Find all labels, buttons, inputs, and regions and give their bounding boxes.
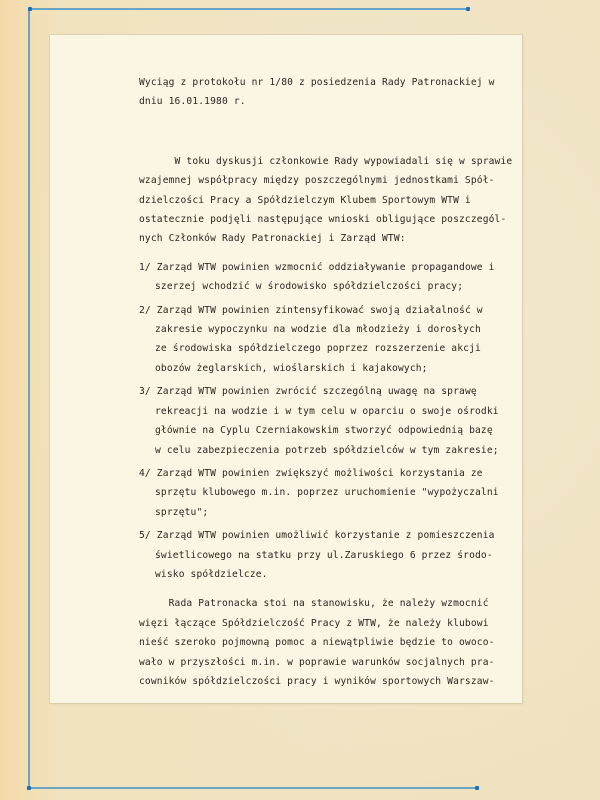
- resolution-line: głównie na Cyplu Czerniakowskim stworzyć…: [139, 421, 519, 440]
- paragraph-line: nych Członków Rady Patronackiej i Zarząd…: [139, 229, 519, 248]
- document-body: Wyciąg z protokołu nr 1/80 z posiedzenia…: [139, 73, 519, 691]
- paragraph-line: ostatecznie podjęli następujące wnioski …: [139, 210, 519, 229]
- resolution-line: rekreacji na wodzie i w tym celu w oparc…: [139, 402, 519, 421]
- blue-corner-bottom-right: [475, 786, 479, 790]
- resolution-number: 2/: [139, 305, 151, 316]
- paragraph-line: W toku dyskusji członkowie Rady wypowiad…: [139, 152, 519, 171]
- resolution-line: Zarząd WTW powinien wzmocnić oddziaływan…: [157, 262, 495, 273]
- blue-corner-top-right: [466, 7, 470, 11]
- resolution-item-1: 1/ Zarząd WTW powinien wzmocnić oddziały…: [139, 258, 519, 297]
- spacer: [139, 132, 519, 152]
- closing-paragraph: Rada Patronacka stoi na stanowisku, że n…: [139, 594, 519, 691]
- resolution-line: Zarząd WTW powinien zwiększyć możliwości…: [157, 468, 483, 479]
- blue-corner-bottom-left: [27, 786, 31, 790]
- paragraph-line: dzielczości Pracy a Spółdzielczym Klubem…: [139, 191, 519, 210]
- paragraph-line: wzajemnej współpracy między poszczególny…: [139, 171, 519, 190]
- blue-border-left: [28, 8, 30, 789]
- resolution-line: Zarząd WTW powinien umożliwić korzystani…: [157, 530, 495, 541]
- resolution-line: zakresie wypoczynku na wodzie dla młodzi…: [139, 320, 519, 339]
- resolution-line: świetlicowego na statku przy ul.Zaruskie…: [139, 546, 519, 565]
- heading-line: dniu 16.01.1980 r.: [139, 92, 519, 111]
- resolution-item-4: 4/ Zarząd WTW powinien zwiększyć możliwo…: [139, 464, 519, 522]
- paragraph-line: więzi łączące Spółdzielczość Pracy z WTW…: [139, 614, 519, 633]
- intro-paragraph: W toku dyskusji członkowie Rady wypowiad…: [139, 152, 519, 249]
- paragraph-line: cowników spółdzielczości pracy i wyników…: [139, 672, 519, 691]
- resolution-line: sprzętu";: [139, 503, 519, 522]
- resolution-item-5: 5/ Zarząd WTW powinien umożliwić korzyst…: [139, 526, 519, 584]
- spacer: [139, 249, 519, 258]
- resolution-item-2: 2/ Zarząd WTW powinien zintensyfikować s…: [139, 301, 519, 379]
- paragraph-line: wało w przyszłości m.in. w poprawie waru…: [139, 653, 519, 672]
- paragraph-line: nieść szeroko pojmowną pomoc a niewątpli…: [139, 633, 519, 652]
- resolution-number: 1/: [139, 262, 151, 273]
- resolution-line: sprzętu klubowego m.in. poprzez uruchomi…: [139, 483, 519, 502]
- resolution-line: Zarząd WTW powinien zwrócić szczególną u…: [157, 386, 477, 397]
- resolution-number: 3/: [139, 386, 151, 397]
- resolution-line: w celu zabezpieczenia potrzeb spółdzielc…: [139, 441, 519, 460]
- spacer: [139, 584, 519, 594]
- resolution-line: szerzej wchodzić w środowisko spółdzielc…: [139, 277, 519, 296]
- resolution-line: wisko spółdzielcze.: [139, 565, 519, 584]
- document-heading: Wyciąg z protokołu nr 1/80 z posiedzenia…: [139, 73, 519, 112]
- resolution-number: 4/: [139, 468, 151, 479]
- resolution-number: 5/: [139, 530, 151, 541]
- blue-border-top: [29, 8, 470, 10]
- blue-border-bottom: [28, 787, 478, 789]
- resolution-line: obozów żeglarskich, wioślarskich i kajak…: [139, 359, 519, 378]
- resolution-item-3: 3/ Zarząd WTW powinien zwrócić szczególn…: [139, 382, 519, 460]
- resolution-line: Zarząd WTW powinien zintensyfikować swoj…: [157, 305, 483, 316]
- heading-line: Wyciąg z protokołu nr 1/80 z posiedzenia…: [139, 73, 519, 92]
- blue-corner-top-left: [28, 7, 32, 11]
- resolution-line: ze środowiska spółdzielczego poprzez roz…: [139, 339, 519, 358]
- paragraph-line: Rada Patronacka stoi na stanowisku, że n…: [139, 594, 519, 613]
